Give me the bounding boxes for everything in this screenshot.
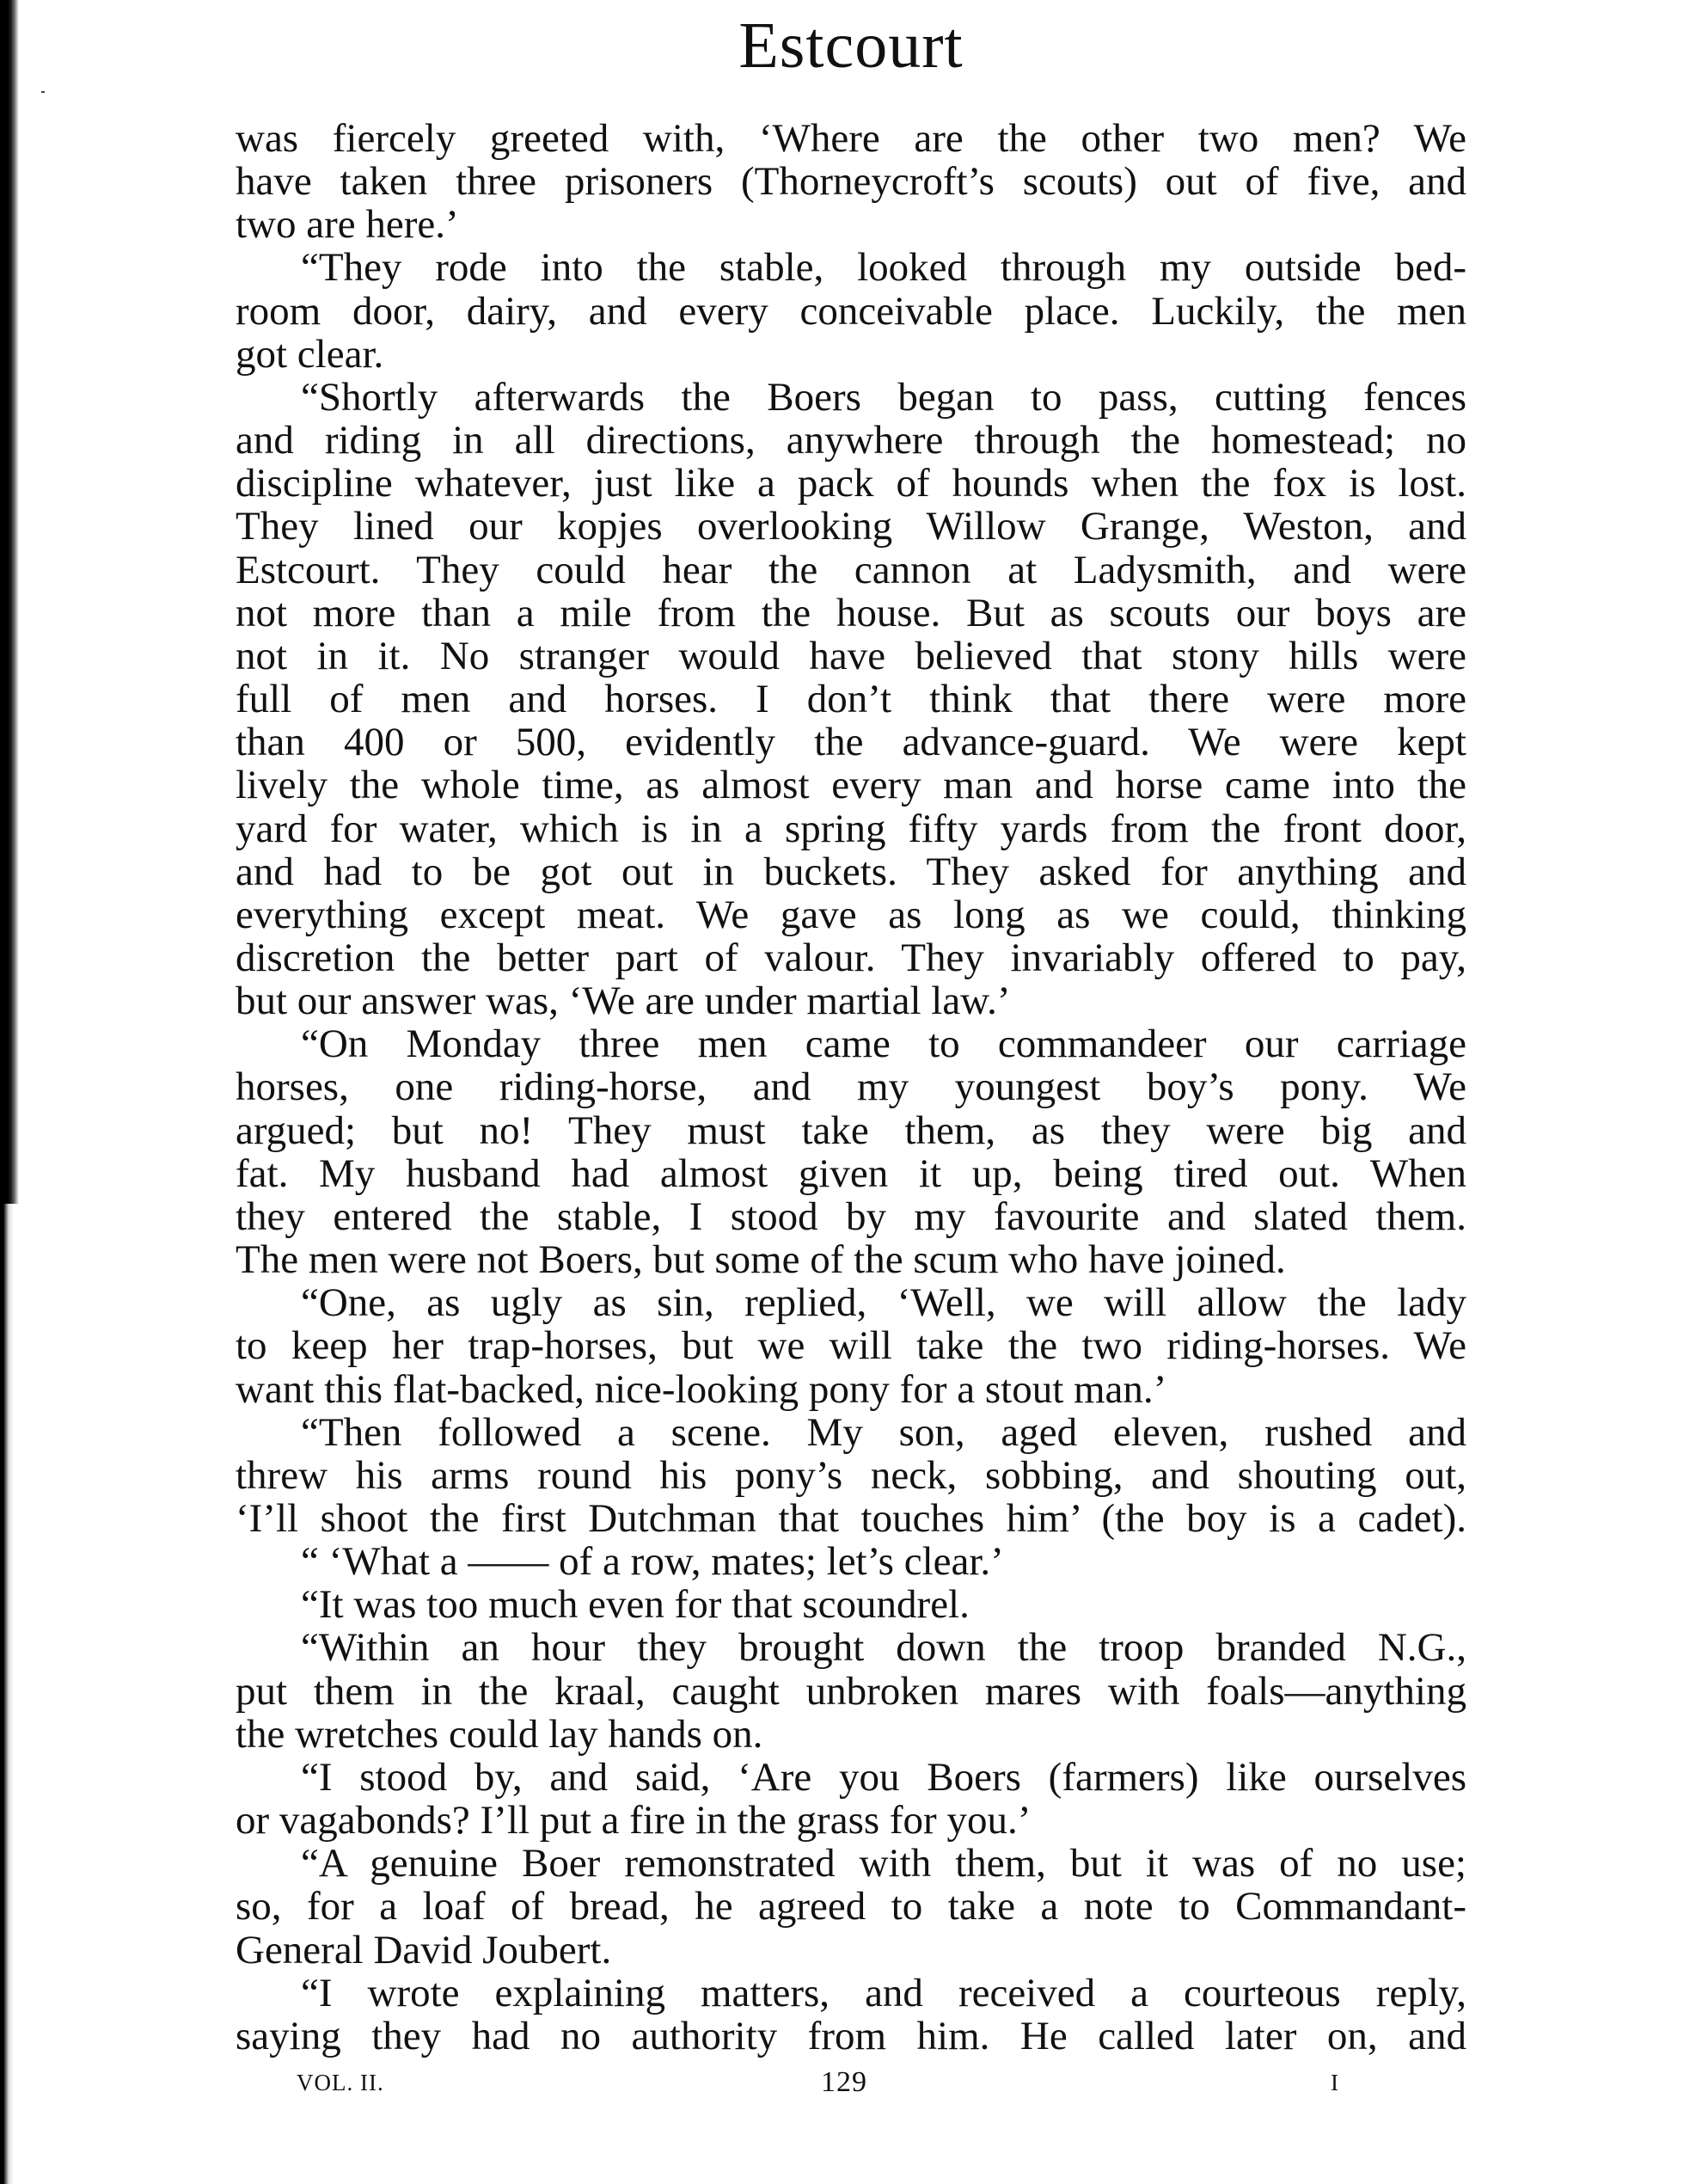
text-line: discipline whatever, just like a pack of… (236, 462, 1466, 505)
text-line: two are here.’ (236, 203, 1466, 246)
scan-page-edge-fade (0, 1204, 19, 2184)
text-line: want this flat-backed, nice-looking pony… (236, 1368, 1466, 1411)
text-line: “A genuine Boer remonstrated with them, … (236, 1842, 1466, 1885)
text-line: threw his arms round his pony’s neck, so… (236, 1454, 1466, 1497)
text-line: not in it. No stranger would have believ… (236, 635, 1466, 678)
text-line: yard for water, which is in a spring fif… (236, 807, 1466, 850)
scan-speck (41, 91, 45, 93)
text-line: so, for a loaf of bread, he agreed to ta… (236, 1885, 1466, 1928)
text-line: and riding in all directions, anywhere t… (236, 419, 1466, 462)
text-line: have taken three prisoners (Thorneycroft… (236, 160, 1466, 203)
running-head: Estcourt (0, 7, 1702, 84)
text-line: They lined our kopjes overlooking Willow… (236, 505, 1466, 548)
text-line: full of men and horses. I don’t think th… (236, 678, 1466, 721)
text-line: “Shortly afterwards the Boers began to p… (236, 376, 1466, 419)
volume-label: VOL. II. (297, 2065, 384, 2100)
text-line: and had to be got out in buckets. They a… (236, 850, 1466, 893)
text-line: “Then followed a scene. My son, aged ele… (236, 1411, 1466, 1454)
text-line: to keep her trap-horses, but we will tak… (236, 1324, 1466, 1367)
text-line: “I wrote explaining matters, and receive… (236, 1972, 1466, 2015)
text-line: Estcourt. They could hear the cannon at … (236, 549, 1466, 592)
text-line: put them in the kraal, caught unbroken m… (236, 1670, 1466, 1713)
text-line: discretion the better part of valour. Th… (236, 936, 1466, 979)
text-line: they entered the stable, I stood by my f… (236, 1195, 1466, 1238)
text-line: “I stood by, and said, ‘Are you Boers (f… (236, 1756, 1466, 1799)
text-line: but our answer was, ‘We are under martia… (236, 979, 1466, 1022)
text-line: than 400 or 500, evidently the advance-g… (236, 721, 1466, 764)
text-line: “They rode into the stable, looked throu… (236, 246, 1466, 289)
text-line: the wretches could lay hands on. (236, 1713, 1466, 1756)
text-line: everything except meat. We gave as long … (236, 893, 1466, 936)
text-line: “On Monday three men came to commandeer … (236, 1022, 1466, 1065)
text-line: argued; but no! They must take them, as … (236, 1109, 1466, 1152)
text-line: or vagabonds? I’ll put a fire in the gra… (236, 1799, 1466, 1842)
page-footer: VOL. II. 129 I (0, 2065, 1702, 2100)
text-line: “It was too much even for that scoundrel… (236, 1583, 1466, 1626)
text-line: not more than a mile from the house. But… (236, 592, 1466, 635)
text-line: saying they had no authority from him. H… (236, 2015, 1466, 2058)
body-text: was fiercely greeted with, ‘Where are th… (236, 117, 1466, 2058)
text-line: got clear. (236, 333, 1466, 376)
text-line: ‘I’ll shoot the first Dutchman that touc… (236, 1497, 1466, 1540)
text-line: was fiercely greeted with, ‘Where are th… (236, 117, 1466, 160)
text-line: “ ‘What a —— of a row, mates; let’s clea… (236, 1540, 1466, 1583)
text-line: General David Joubert. (236, 1929, 1466, 1972)
signature-mark: I (1331, 2065, 1339, 2100)
text-line: horses, one riding-horse, and my younges… (236, 1065, 1466, 1108)
text-line: “Within an hour they brought down the tr… (236, 1626, 1466, 1669)
text-line: room door, dairy, and every conceivable … (236, 290, 1466, 333)
page-number: 129 (821, 2065, 867, 2100)
text-line: lively the whole time, as almost every m… (236, 764, 1466, 807)
text-line: “One, as ugly as sin, replied, ‘Well, we… (236, 1281, 1466, 1324)
text-line: The men were not Boers, but some of the … (236, 1238, 1466, 1281)
text-line: fat. My husband had almost given it up, … (236, 1152, 1466, 1195)
